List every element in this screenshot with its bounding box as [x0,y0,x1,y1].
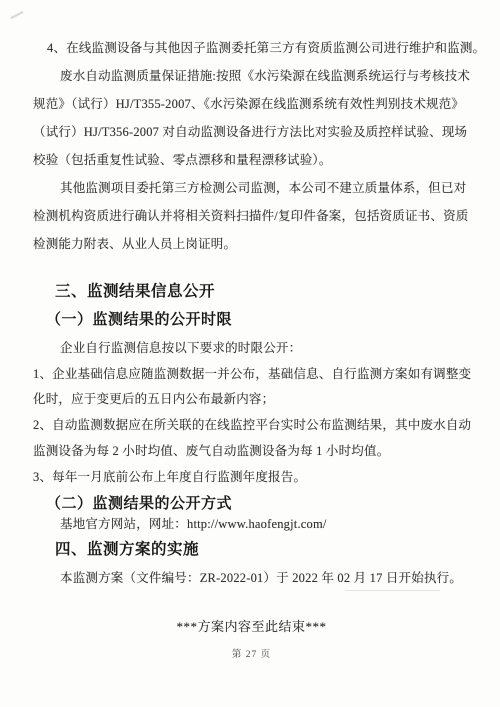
list-item-line: 3、每年一月底前公布上年度自行监测年度报告。 [33,464,470,490]
list-item-line: 2、自动监测数据应在所关联的在线监控平台实时公布监测结果，其中废水自动 [33,412,470,438]
list-item-line: 监测设备为每 2 小时均值、废气自动监测设备为每 1 小时均值。 [33,438,470,464]
document-page: 4、在线监测设备与其他因子监测委托第三方有资质监测公司进行维护和监测。 废水自动… [0,0,500,707]
section-heading-implementation: 四、监测方案的实施 [55,536,470,564]
scan-scratch-artifact [10,11,23,19]
website-line: 基地官方网站，网址：http://www.haofengjt.com/ [33,512,470,536]
list-item-line: 化时，应于变更后的五日内公布最新内容； [33,387,470,412]
paragraph-line: 废水自动监测质量保证措施:按照《水污染源在线监测系统运行与考核技术 [33,62,470,90]
paragraph-line: 校验（包括重复性试验、零点漂移和量程漂移试验）。 [33,146,470,174]
page-content: 4、在线监测设备与其他因子监测委托第三方有资质监测公司进行维护和监测。 废水自动… [33,34,470,664]
paragraph-line: 本监测方案（文件编号：ZR-2022-01）于 2022 年 02 月 17 日… [33,564,470,592]
paragraph-line: 规范》（试行）HJ/T355-2007、《水污染源在线监测系统有效性判别技术规范… [33,90,470,118]
paragraph-line: 检测机构资质进行确认并将相关资料扫描件/复印件备案，包括资质证书、资质 [33,202,470,230]
page-number: 第 27 页 [33,646,470,664]
list-item-line: 1、企业基础信息应随监测数据一并公布，基础信息、自行监测方案如有调整变 [33,362,470,387]
document-end-marker: ***方案内容至此结束*** [33,614,470,640]
paragraph-line: 其他监测项目委托第三方检测公司监测，本公司不建立质量体系，但已对 [33,174,470,202]
paragraph-line: 检测能力附表、从业人员上岗证明。 [33,230,470,258]
paragraph-line: 4、在线监测设备与其他因子监测委托第三方有资质监测公司进行维护和监测。 [33,34,470,62]
section-heading-disclosure: 三、监测结果信息公开 [55,278,470,306]
paragraph-line: 企业自行监测信息按以下要求的时限公开： [33,334,470,362]
subsection-heading-disclosure-time-limit: （一）监测结果的公开时限 [46,306,470,334]
paragraph-line: （试行）HJ/T356-2007 对自动监测设备进行方法比对实验及质控样试验、现… [33,118,470,146]
